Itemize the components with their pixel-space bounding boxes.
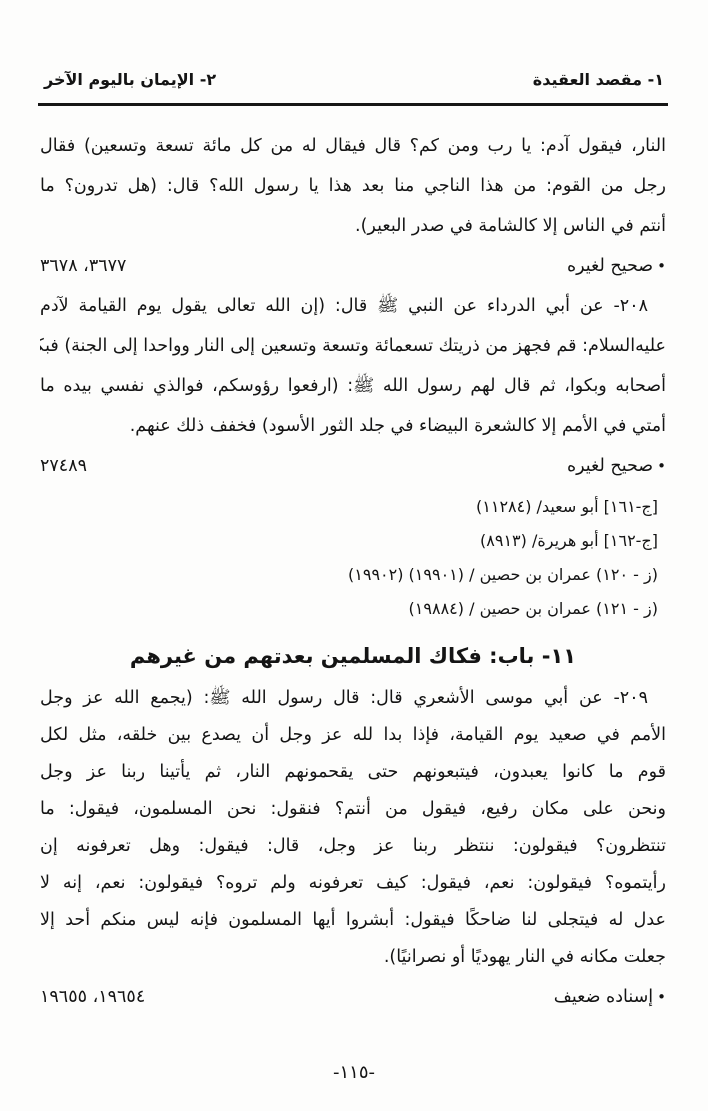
book-page: ١- مقصد العقيدة ٢- الإيمان باليوم الآخر …	[0, 0, 708, 1111]
hadith-line: ٢٠٨- عن أبي الدرداء عن النبي ﷺ قال: (إن …	[40, 286, 666, 326]
hadith-208: ٢٠٨- عن أبي الدرداء عن النبي ﷺ قال: (إن …	[40, 286, 666, 446]
grading-numbers: ٣٦٧٧، ٣٦٧٨	[40, 246, 138, 286]
hadith-line: قوم ما كانوا يعبدون، فيتبعونهم حتى يقحمو…	[40, 754, 666, 791]
reference-line: (ز - ١٢١) عمران بن حصين / (١٩٨٨٤)	[40, 592, 658, 626]
header-chapter-right: ١- مقصد العقيدة	[533, 70, 664, 89]
reference-line: (ز - ١٢٠) عمران بن حصين / (١٩٩٠١) (١٩٩٠٢…	[40, 558, 658, 592]
body-line: رجل من القوم: من هذا الناجي منا بعد هذا …	[40, 166, 666, 206]
grading-numbers: ١٩٦٥٤، ١٩٦٥٥	[40, 976, 157, 1018]
bullet-icon: •	[657, 257, 666, 275]
hadith-line: رأيتموه؟ فيقولون: نعم، فيقول: كيف تعرفون…	[40, 865, 666, 902]
bullet-icon: •	[657, 457, 666, 475]
paragraph-continuation: النار، فيقول آدم: يا رب ومن كم؟ قال فيقا…	[40, 126, 666, 246]
header-rule	[38, 103, 668, 106]
section-heading: ١١- باب: فكاك المسلمين بعدتهم من غيرهم	[40, 628, 666, 680]
grading-label: •صحيح لغيره	[567, 446, 666, 486]
grading-label: •صحيح لغيره	[567, 246, 666, 286]
grading-label: •إسناده ضعيف	[554, 976, 666, 1018]
running-header: ١- مقصد العقيدة ٢- الإيمان باليوم الآخر	[44, 70, 664, 89]
bullet-icon: •	[657, 988, 666, 1006]
hadith-line: عليه‌السلام: قم فجهز من ذريتك تسعمائة وت…	[40, 326, 666, 366]
hadith-line: أصحابه وبكوا، ثم قال لهم رسول الله ﷺ: (ا…	[40, 366, 666, 406]
hadith-line: عدل له فيتجلى لنا ضاحكًا فيقول: أبشروا أ…	[40, 902, 666, 939]
reference-line: [ج-١٦١] أبو سعيد/ (١١٢٨٤)	[40, 490, 658, 524]
grading-numbers: ٢٧٤٨٩	[40, 446, 99, 486]
hadith-line: ٢٠٩- عن أبي موسى الأشعري قال: قال رسول ا…	[40, 680, 666, 717]
grading-row: •صحيح لغيره ٣٦٧٧، ٣٦٧٨	[40, 246, 666, 286]
hadith-line: تنتظرون؟ فيقولون: ننتظر ربنا عز وجل، قال…	[40, 828, 666, 865]
body-line: أنتم في الناس إلا كالشامة في صدر البعير)…	[40, 206, 666, 246]
grading-row: •إسناده ضعيف ١٩٦٥٤، ١٩٦٥٥	[40, 976, 666, 1018]
hadith-line: ونحن على مكان رفيع، فيقول من أنتم؟ فنقول…	[40, 791, 666, 828]
page-body: النار، فيقول آدم: يا رب ومن كم؟ قال فيقا…	[40, 126, 666, 1018]
grading-row: •صحيح لغيره ٢٧٤٨٩	[40, 446, 666, 486]
body-line: النار، فيقول آدم: يا رب ومن كم؟ قال فيقا…	[40, 126, 666, 166]
page-number: -١١٥-	[0, 1062, 708, 1083]
header-chapter-left: ٢- الإيمان باليوم الآخر	[44, 70, 216, 89]
hadith-209: ٢٠٩- عن أبي موسى الأشعري قال: قال رسول ا…	[40, 680, 666, 976]
reference-line: [ج-١٦٢] أبو هريرة/ (٨٩١٣)	[40, 524, 658, 558]
hadith-line: جعلت مكانه في النار يهوديًا أو نصرانيًا)…	[40, 939, 666, 976]
reference-list: [ج-١٦١] أبو سعيد/ (١١٢٨٤) [ج-١٦٢] أبو هر…	[40, 490, 666, 626]
hadith-line: أمتي في الأمم إلا كالشعرة البيضاء في جلد…	[40, 406, 666, 446]
hadith-line: الأمم في صعيد يوم القيامة، فإذا بدا لله …	[40, 717, 666, 754]
